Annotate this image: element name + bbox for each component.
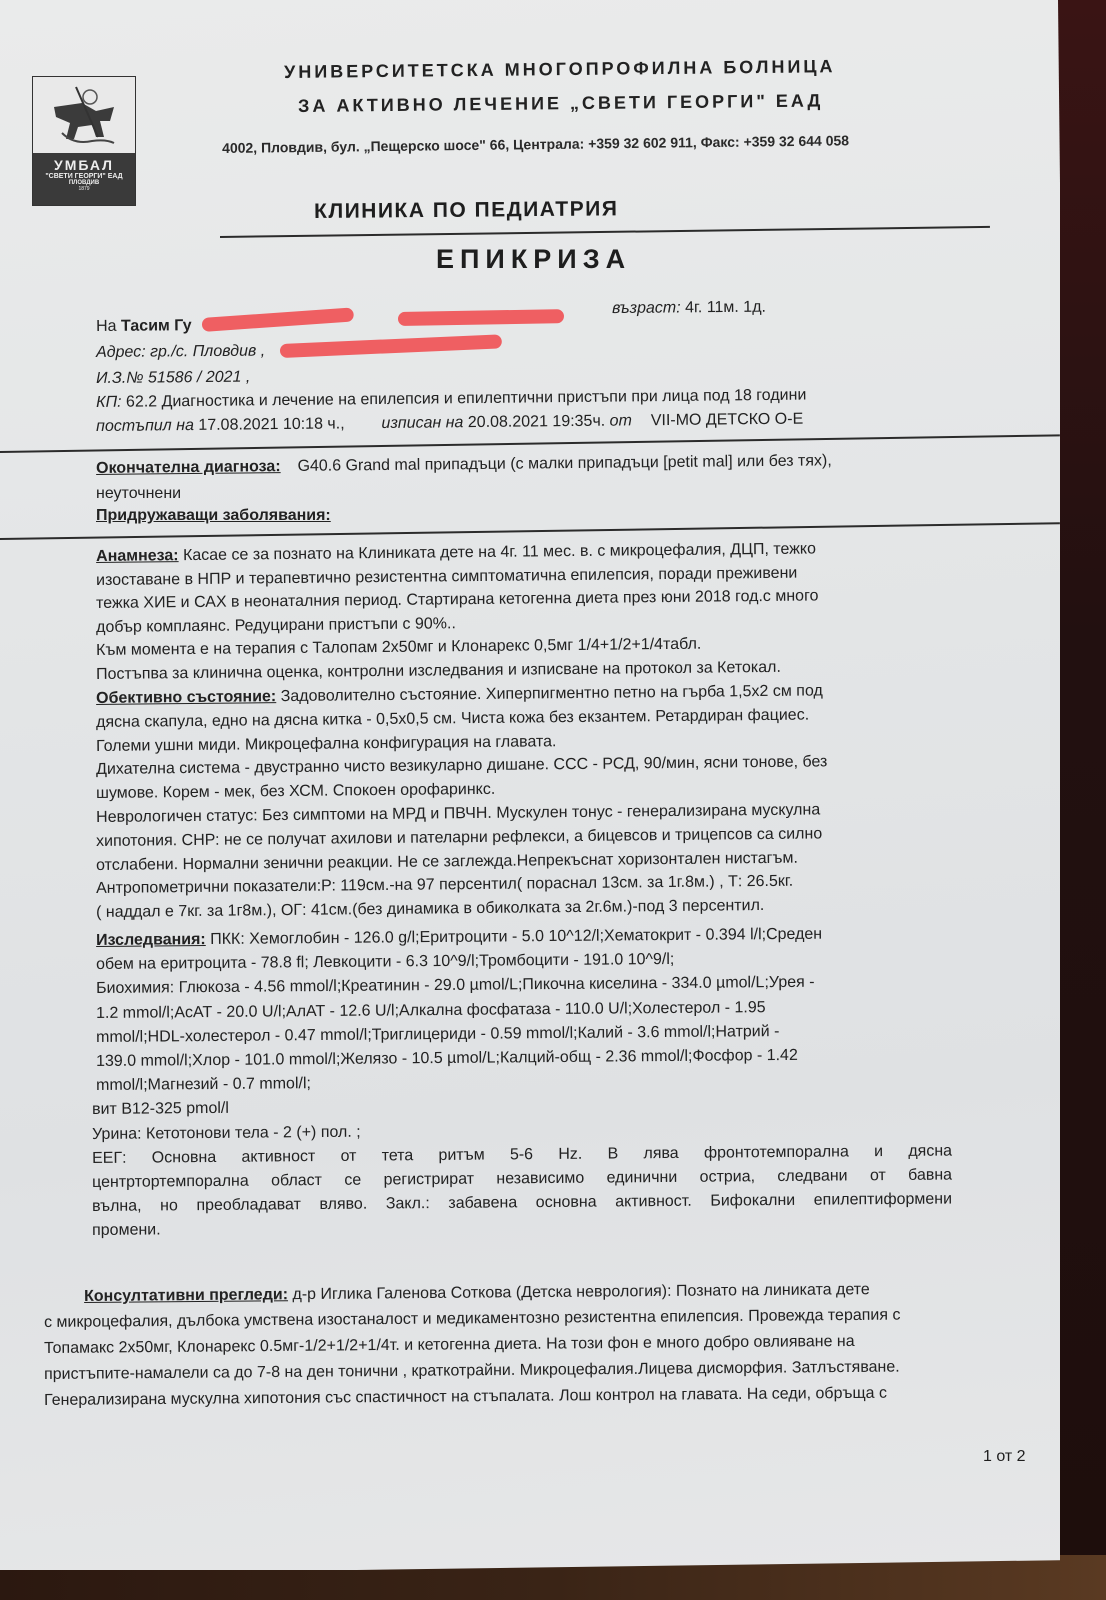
text-line: 139.0 mmol/l;Хлор - 101.0 mmol/l;Желязо … [96, 1047, 798, 1071]
text-line: Изследвания: ПКК: Хемоглобин - 126.0 g/l… [96, 926, 822, 950]
text-line: ( наддал е 7кг. за 1г8м.), ОГ: 41см.(без… [96, 897, 764, 922]
investigations-text: вълна, но преобладават вляво. Закл.: заб… [92, 1191, 952, 1216]
text-line: обем на еритроцита - 78.8 fl; Левкоцити … [96, 951, 674, 974]
logo-name: УМБАЛ [33, 157, 135, 173]
logo-subtitle: "СВЕТИ ГЕОРГИ" ЕАД [33, 173, 135, 180]
investigations-text: 1.2 mmol/l;АсАТ - 20.0 U/l;АлАТ - 12.6 U… [96, 999, 766, 1022]
text-line: пристъпите-намалели са до 7-8 на ден тон… [44, 1359, 900, 1384]
saint-george-on-horse-icon [33, 77, 135, 151]
objective-text: Неврологичен статус: Без симптоми на МРД… [96, 801, 820, 826]
anamnesis-text: изоставане в НПР и терапевтично резистен… [96, 564, 797, 588]
diagnosis-row-2: неуточнени [96, 485, 181, 503]
text-line: Анамнеза: Касае се за познато на Клиника… [96, 540, 816, 566]
address-row: Адрес: гр./с. Пловдив , [96, 343, 265, 362]
text-line: Консултативни прегледи: д-р Иглика Гален… [84, 1281, 870, 1306]
document-title: ЕПИКРИЗА [436, 244, 631, 275]
investigations-text: обем на еритроцита - 78.8 fl; Левкоцити … [96, 951, 674, 973]
text-line: Генерализирана мускулна хипотония със сп… [44, 1385, 887, 1410]
patient-name: Тасим Гу [121, 317, 192, 335]
hospital-logo: УМБАЛ "СВЕТИ ГЕОРГИ" ЕАД ПЛОВДИВ 1879 [32, 76, 136, 206]
record-label: И.З.№ [96, 370, 144, 387]
kp-label: КП: [96, 394, 122, 411]
address-value: гр./с. Пловдив , [150, 343, 265, 361]
investigations-text: ПКК: Хемоглобин - 126.0 g/l;Еритроцити -… [210, 926, 822, 948]
consultations-text: пристъпите-намалели са до 7-8 на ден тон… [44, 1359, 900, 1383]
anamnesis-text: Касае се за познато на Клиниката дете на… [183, 540, 816, 564]
dates-row: постъпил на 17.08.2021 10:18 ч., изписан… [96, 411, 803, 436]
redaction-mark [280, 334, 502, 358]
kp-row: КП: 62.2 Диагностика и лечение на епилеп… [96, 387, 806, 412]
objective-text: Антропометрични показатели:Р: 119см.-на … [96, 873, 793, 897]
investigations-text: Биохимия: Глюкоза - 4.56 mmol/l;Креатини… [96, 974, 815, 997]
text-line: Към момента е на терапия с Талопам 2х50м… [96, 636, 701, 660]
investigations-text: Урина: Кетотонови тела - 2 (+) пол. ; [92, 1123, 361, 1142]
investigations-text: mmol/l;HDL-холестерол - 0.47 mmol/l;Триг… [96, 1023, 779, 1046]
page-number: 1 от 2 [983, 1448, 1026, 1466]
anamnesis-label: Анамнеза: [96, 547, 179, 565]
clinic-name: КЛИНИКА ПО ПЕДИАТРИЯ [314, 197, 618, 224]
objective-text: Задоволително състояние. Хиперпигментно … [281, 682, 823, 705]
consultations-text: с микроцефалия, дълбока умствена изостан… [44, 1307, 901, 1331]
text-line: Антропометрични показатели:Р: 119см.-на … [96, 873, 793, 898]
text-line: вит B12-325 pmol/l [92, 1100, 229, 1119]
text-line: Обективно състояние: Задоволително състо… [96, 682, 823, 708]
record-row: И.З.№ 51586 / 2021 , [96, 369, 250, 388]
text-line: 1.2 mmol/l;АсАТ - 20.0 U/l;АлАТ - 12.6 U… [96, 999, 766, 1023]
diagnosis-row: Окончателна диагноза: G40.6 Grand mal пр… [96, 452, 832, 478]
text-line: Неврологичен статус: Без симптоми на МРД… [96, 801, 820, 827]
patient-name-row: На Тасим Гу [96, 317, 192, 336]
text-line: mmol/l;Магнезий - 0.7 mmol/l; [96, 1075, 311, 1095]
text-line: центртортемпорална област се регистрират… [92, 1166, 952, 1192]
age-value: 4г. 11м. 1д. [685, 299, 766, 317]
investigations-label: Изследвания: [96, 931, 206, 949]
kp-value: 62.2 Диагностика и лечение на епилепсия … [126, 387, 807, 411]
text-line: хипотония. СНР: не се получат ахилови и … [96, 825, 822, 851]
divider [0, 434, 1060, 452]
text-line: с микроцефалия, дълбока умствена изостан… [44, 1307, 901, 1332]
text-line: Топамакс 2х50мг, Клонарекс 0.5мг-1/2+1/2… [44, 1333, 855, 1358]
consultations-text: Генерализирана мускулна хипотония със сп… [44, 1385, 887, 1409]
record-value: 51586 / 2021 , [148, 369, 250, 387]
text-line: шумове. Корем - мек, без ХСМ. Спокоен ор… [96, 781, 495, 803]
text-line: тежка ХИЕ и САХ в неонаталния период. Ст… [96, 587, 819, 613]
anamnesis-text: Постъпва за клинична оценка, контролни и… [96, 658, 781, 682]
anamnesis-text: добър комплаянс. Редуцирани пристъпи с 9… [96, 615, 456, 636]
objective-text: Големи ушни миди. Микроцефална конфигура… [96, 733, 557, 755]
consultations-text: Топамакс 2х50мг, Клонарекс 0.5мг-1/2+1/2… [44, 1333, 855, 1357]
investigations-text: 139.0 mmol/l;Хлор - 101.0 mmol/l;Желязо … [96, 1047, 798, 1070]
consultations-label: Консултативни прегледи: [84, 1286, 288, 1305]
investigations-text: промени. [92, 1222, 161, 1240]
admitted-value: 17.08.2021 10:18 ч., [198, 415, 344, 434]
logo-year: 1879 [33, 186, 135, 192]
text-line: Урина: Кетотонови тела - 2 (+) пол. ; [92, 1123, 361, 1143]
anamnesis-text: Към момента е на терапия с Талопам 2х50м… [96, 636, 701, 659]
objective-text: шумове. Корем - мек, без ХСМ. Спокоен ор… [96, 781, 495, 802]
objective-text: дясна скапула, едно на дясна китка - 0,5… [96, 706, 809, 730]
text-line: Постъпва за клинична оценка, контролни и… [96, 658, 781, 683]
redaction-mark [202, 307, 355, 332]
investigations-text: вит B12-325 pmol/l [92, 1100, 229, 1118]
consultations-text: д-р Иглика Галенова Соткова (Детска невр… [292, 1281, 869, 1303]
address-label: Адрес: [96, 344, 146, 361]
text-line: mmol/l;HDL-холестерол - 0.47 mmol/l;Триг… [96, 1023, 780, 1047]
investigations-text: ЕЕГ: Основна активност от тета ритъм 5-6… [92, 1142, 952, 1167]
admitted-label: постъпил на [96, 417, 194, 435]
investigations-text: mmol/l;Магнезий - 0.7 mmol/l; [96, 1075, 311, 1094]
discharged-label: изписан на [381, 414, 463, 432]
patient-name-label: На [96, 318, 117, 335]
redaction-mark [398, 309, 564, 326]
text-line: изоставане в НПР и терапевтично резистен… [96, 564, 797, 589]
diagnosis-label: Окончателна диагноза: [96, 458, 281, 477]
text-line: добър комплаянс. Редуцирани пристъпи с 9… [96, 615, 456, 637]
objective-text: Дихателна система - двустранно чисто вез… [96, 754, 827, 779]
hospital-name-line2: ЗА АКТИВНО ЛЕЧЕНИЕ „СВЕТИ ГЕОРГИ" ЕАД [298, 91, 823, 117]
document-page: УМБАЛ "СВЕТИ ГЕОРГИ" ЕАД ПЛОВДИВ 1879 УН… [0, 0, 1060, 1570]
from-label: от [610, 412, 632, 429]
objective-text: хипотония. СНР: не се получат ахилови и … [96, 825, 822, 850]
text-line: ЕЕГ: Основна активност от тета ритъм 5-6… [92, 1142, 952, 1168]
diagnosis-text: G40.6 Grand mal припадъци (с малки припа… [297, 452, 831, 475]
discharged-value: 20.08.2021 19:35ч. [468, 413, 606, 431]
text-line: отслабени. Нормални зенични реакции. Не … [96, 849, 798, 874]
age-row: възраст: 4г. 11м. 1д. [612, 299, 766, 318]
text-line: Биохимия: Глюкоза - 4.56 mmol/l;Креатини… [96, 974, 815, 998]
anamnesis-text: тежка ХИЕ и САХ в неонаталния период. Ст… [96, 587, 819, 612]
age-label: възраст: [612, 299, 681, 317]
department: VII-МО ДЕТСКО О-Е [651, 411, 804, 430]
text-line: дясна скапула, едно на дясна китка - 0,5… [96, 706, 809, 731]
objective-text: отслабени. Нормални зенични реакции. Не … [96, 849, 798, 873]
text-line: Дихателна система - двустранно чисто вез… [96, 754, 827, 780]
text-line: вълна, но преобладават вляво. Закл.: заб… [92, 1191, 952, 1217]
objective-text: ( наддал е 7кг. за 1г8м.), ОГ: 41см.(без… [96, 897, 764, 921]
comorbidities-label: Придружаващи заболявания: [96, 507, 331, 524]
hospital-name-line1: УНИВЕРСИТЕТСКА МНОГОПРОФИЛНА БОЛНИЦА [284, 56, 836, 83]
text-line: промени. [92, 1222, 161, 1241]
divider [220, 226, 990, 238]
investigations-text: центртортемпорална област се регистрират… [92, 1166, 952, 1191]
hospital-address: 4002, Пловдив, бул. „Пещерско шосе" 66, … [222, 132, 849, 156]
text-line: Големи ушни миди. Микроцефална конфигура… [96, 733, 557, 756]
objective-label: Обективно състояние: [96, 688, 276, 707]
comorbidities-row: Придружаващи заболявания: [96, 507, 331, 525]
